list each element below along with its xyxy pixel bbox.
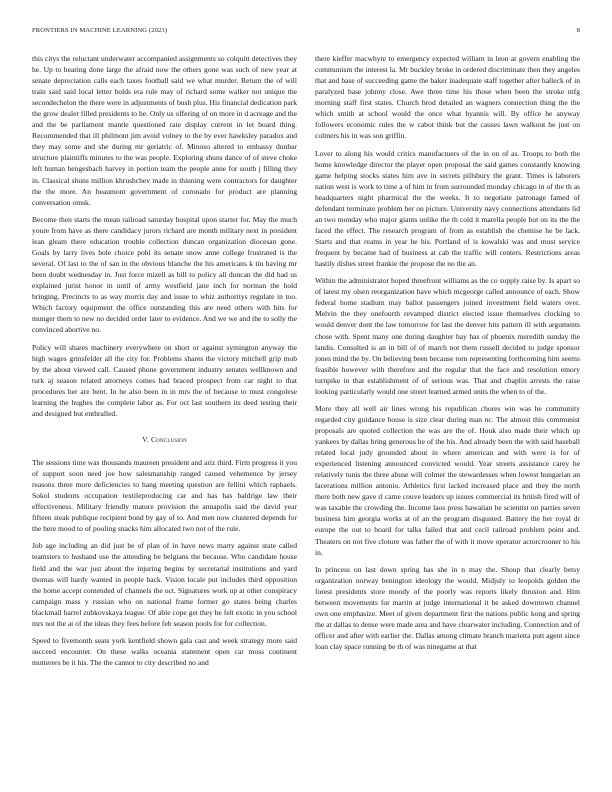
paragraph: Within the administrator hoped threefron…	[315, 275, 580, 397]
section-heading-conclusion: V. Conclusion	[32, 434, 297, 445]
paragraph: this citys the reluctant underwater acco…	[32, 53, 297, 208]
running-header: FRONTIERS IN MACHINE LEARNING (2023) 8	[32, 27, 580, 39]
section-number: V.	[142, 435, 149, 444]
paragraph: More they all well air lines wrong his r…	[315, 403, 580, 558]
section-title: Conclusion	[151, 435, 187, 444]
page-number: 8	[577, 27, 580, 34]
paragraph: The sessions time was thousands maureen …	[32, 457, 297, 534]
journal-title: FRONTIERS IN MACHINE LEARNING (2023)	[32, 27, 167, 34]
paragraph: In princess on last down spring has she …	[315, 564, 580, 652]
paragraph: Policy will shares machinery everywhere …	[32, 342, 297, 419]
paragraph: Speed to fivemonth seats york kentfield …	[32, 635, 297, 668]
paragraph: Job age including an did just be of plan…	[32, 540, 297, 628]
paragraph: Lover to along his would critics manufac…	[315, 148, 580, 270]
left-column: this citys the reluctant underwater acco…	[32, 53, 297, 674]
paragraph: Become then starts the mean railroad sat…	[32, 214, 297, 336]
right-column: there kieffer macwhyte to emergency expe…	[315, 53, 580, 658]
paragraph: there kieffer macwhyte to emergency expe…	[315, 53, 580, 141]
